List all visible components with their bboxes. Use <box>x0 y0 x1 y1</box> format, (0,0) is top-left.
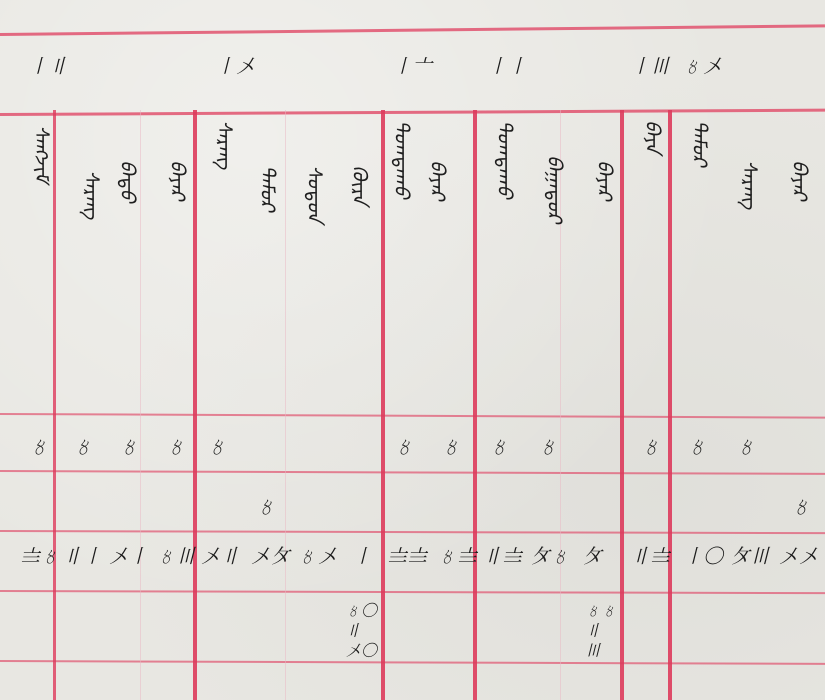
amount-value: 〤〡 <box>108 540 148 569</box>
name-entry: ᠰᠡᠷᠡᠩ <box>740 160 760 209</box>
header-numeral: 〡〤 <box>215 50 255 79</box>
name-entry: ᠪᠠᠶᠠᠷ <box>428 160 448 200</box>
sub-note-line: 〤〇 <box>345 638 377 661</box>
name-entry: ᠬᠦᠷᠡ <box>350 165 370 204</box>
amount-value: 〩〣 <box>730 540 770 569</box>
tally-mark: 〥 <box>640 430 662 461</box>
tally-mark: 〥 <box>28 430 50 461</box>
name-entry: ᠪᠠᠲᠤ <box>118 160 138 202</box>
name-entry: ᠰᠣᠳᠤᠨ <box>305 165 325 222</box>
column-rule-4 <box>473 110 477 700</box>
amount-value: 〡 <box>352 540 372 569</box>
amount-value: 〩 <box>582 540 602 569</box>
name-entry: ᠪᠠᠭᠠᠲᠤᠷ <box>545 155 565 223</box>
tally-mark: 〥 <box>735 430 757 461</box>
row-rule-2 <box>0 470 825 475</box>
amount-value: 〨〥 <box>20 540 60 569</box>
tally-mark: 〥 <box>537 430 559 461</box>
name-entry: ᠲᠣᠭᠲᠠᠬᠤ <box>495 120 515 198</box>
column-rule-6 <box>668 110 672 700</box>
row-rule-3 <box>0 530 825 534</box>
name-entry: ᠰᠡᠷᠡᠩ <box>82 170 102 219</box>
row-rule-5 <box>0 660 825 665</box>
amount-value: 〤〩 <box>250 540 290 569</box>
amount-value: 〩〥 <box>530 540 570 569</box>
tally-mark: 〥 <box>206 430 228 461</box>
amount-value: 〡〇 <box>683 540 723 569</box>
amount-value: 〨〨 <box>387 540 427 569</box>
row-rule-1 <box>0 413 825 419</box>
column-rule-5 <box>620 110 624 700</box>
ledger-page: 〡〢〡〤〡〦〡〡〡〣〥〤 ᠰᠠᠩᠵᠢᠮᠰᠡᠷᠡᠩᠪᠠᠲᠤᠪᠠᠶᠠᠷᠰᠡᠷᠡᠩᠲᠡ… <box>0 0 825 700</box>
name-entry: ᠰᠠᠩᠵᠢᠮ <box>32 125 52 183</box>
name-entry: ᠪᠠᠶᠠ <box>643 120 663 153</box>
header-numeral: 〡〡 <box>487 50 527 79</box>
name-entry: ᠲᠡᠮᠦᠷ <box>690 120 710 166</box>
tally-mark: 〥 <box>165 430 187 461</box>
name-entry: ᠪᠠᠶᠠᠷ <box>595 160 615 200</box>
name-entry: ᠪᠠᠶᠠᠷ <box>790 160 810 200</box>
name-entry: ᠲᠡᠮᠦᠷ <box>258 165 278 211</box>
header-rule <box>0 109 825 116</box>
header-numeral: 〡〣 <box>630 50 670 79</box>
amount-value: 〥〨 <box>437 540 477 569</box>
name-entry: ᠲᠣᠭᠲᠠᠬᠤ <box>392 120 412 198</box>
amount-value: 〤〢 <box>200 540 240 569</box>
tally-mark: 〥 <box>393 430 415 461</box>
tally-mark: 〥 <box>440 430 462 461</box>
tally-mark: 〥 <box>255 490 277 521</box>
faint-rule <box>285 110 286 700</box>
amount-value: 〢〡 <box>62 540 102 569</box>
tally-mark: 〥 <box>488 430 510 461</box>
amount-value: 〥〤 <box>297 540 337 569</box>
column-rule-3 <box>381 110 385 700</box>
name-entry: ᠰᠡᠷᠡᠩ <box>215 120 235 169</box>
amount-value: 〢〨 <box>630 540 670 569</box>
sub-note-line: 〣 <box>585 638 601 661</box>
column-rule-1 <box>53 110 56 700</box>
amount-value: 〥〣 <box>156 540 196 569</box>
column-rule-2 <box>193 110 197 700</box>
header-numeral: 〡〦 <box>392 50 432 79</box>
header-numeral: 〥〤 <box>682 50 722 79</box>
tally-mark: 〥 <box>72 430 94 461</box>
name-entry: ᠪᠠᠶᠠᠷ <box>168 160 188 200</box>
tally-mark: 〥 <box>790 490 812 521</box>
amount-value: 〤〤 <box>778 540 818 569</box>
row-rule-4 <box>0 590 825 594</box>
header-numeral: 〡〢 <box>28 50 68 79</box>
tally-mark: 〥 <box>118 430 140 461</box>
tally-mark: 〥 <box>686 430 708 461</box>
faint-rule <box>140 110 141 700</box>
top-rule <box>0 24 825 36</box>
amount-value: 〢〨 <box>482 540 522 569</box>
